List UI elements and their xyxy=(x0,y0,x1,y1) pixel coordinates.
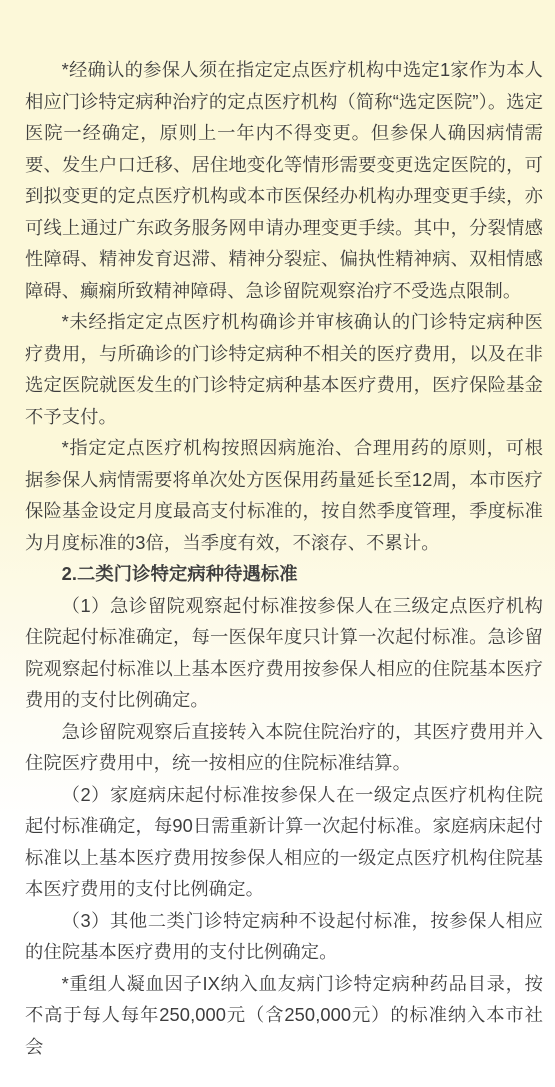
paragraph-emergency-observation-threshold: （1）急诊留院观察起付标准按参保人在三级定点医疗机构住院起付标准确定，每一医保年… xyxy=(25,590,543,716)
paragraph-selected-hospital-rules: *经确认的参保人须在指定定点医疗机构中选定1家作为本人相应门诊特定病种治疗的定点… xyxy=(25,54,543,306)
paragraph-non-designated-costs-not-paid: *未经指定定点医疗机构确诊并审核确认的门诊特定病种医疗费用，与所确诊的门诊特定病… xyxy=(25,306,543,432)
document-page: *经确认的参保人须在指定定点医疗机构中选定1家作为本人相应门诊特定病种治疗的定点… xyxy=(0,0,555,1087)
paragraph-coagulation-factor-ix-catalog: *重组人凝血因子IX纳入血友病门诊特定病种药品目录，按不高于每人每年250,00… xyxy=(25,968,543,1063)
paragraph-prescription-extension-quarterly-standard: *指定定点医疗机构按照因病施治、合理用药的原则，可根据参保人病情需要将单次处方医… xyxy=(25,432,543,558)
paragraph-other-type2-no-threshold: （3）其他二类门诊特定病种不设起付标准，按参保人相应的住院基本医疗费用的支付比例… xyxy=(25,905,543,968)
paragraph-home-sickbed-threshold: （2）家庭病床起付标准按参保人在一级定点医疗机构住院起付标准确定，每90日需重新… xyxy=(25,779,543,905)
paragraph-emergency-transfer-settlement: 急诊留院观察后直接转入本院住院治疗的，其医疗费用并入住院医疗费用中，统一按相应的… xyxy=(25,716,543,779)
heading-type2-outpatient-treatment-standard: 2.二类门诊特定病种待遇标准 xyxy=(25,558,543,590)
document-body: *经确认的参保人须在指定定点医疗机构中选定1家作为本人相应门诊特定病种治疗的定点… xyxy=(25,54,543,1062)
